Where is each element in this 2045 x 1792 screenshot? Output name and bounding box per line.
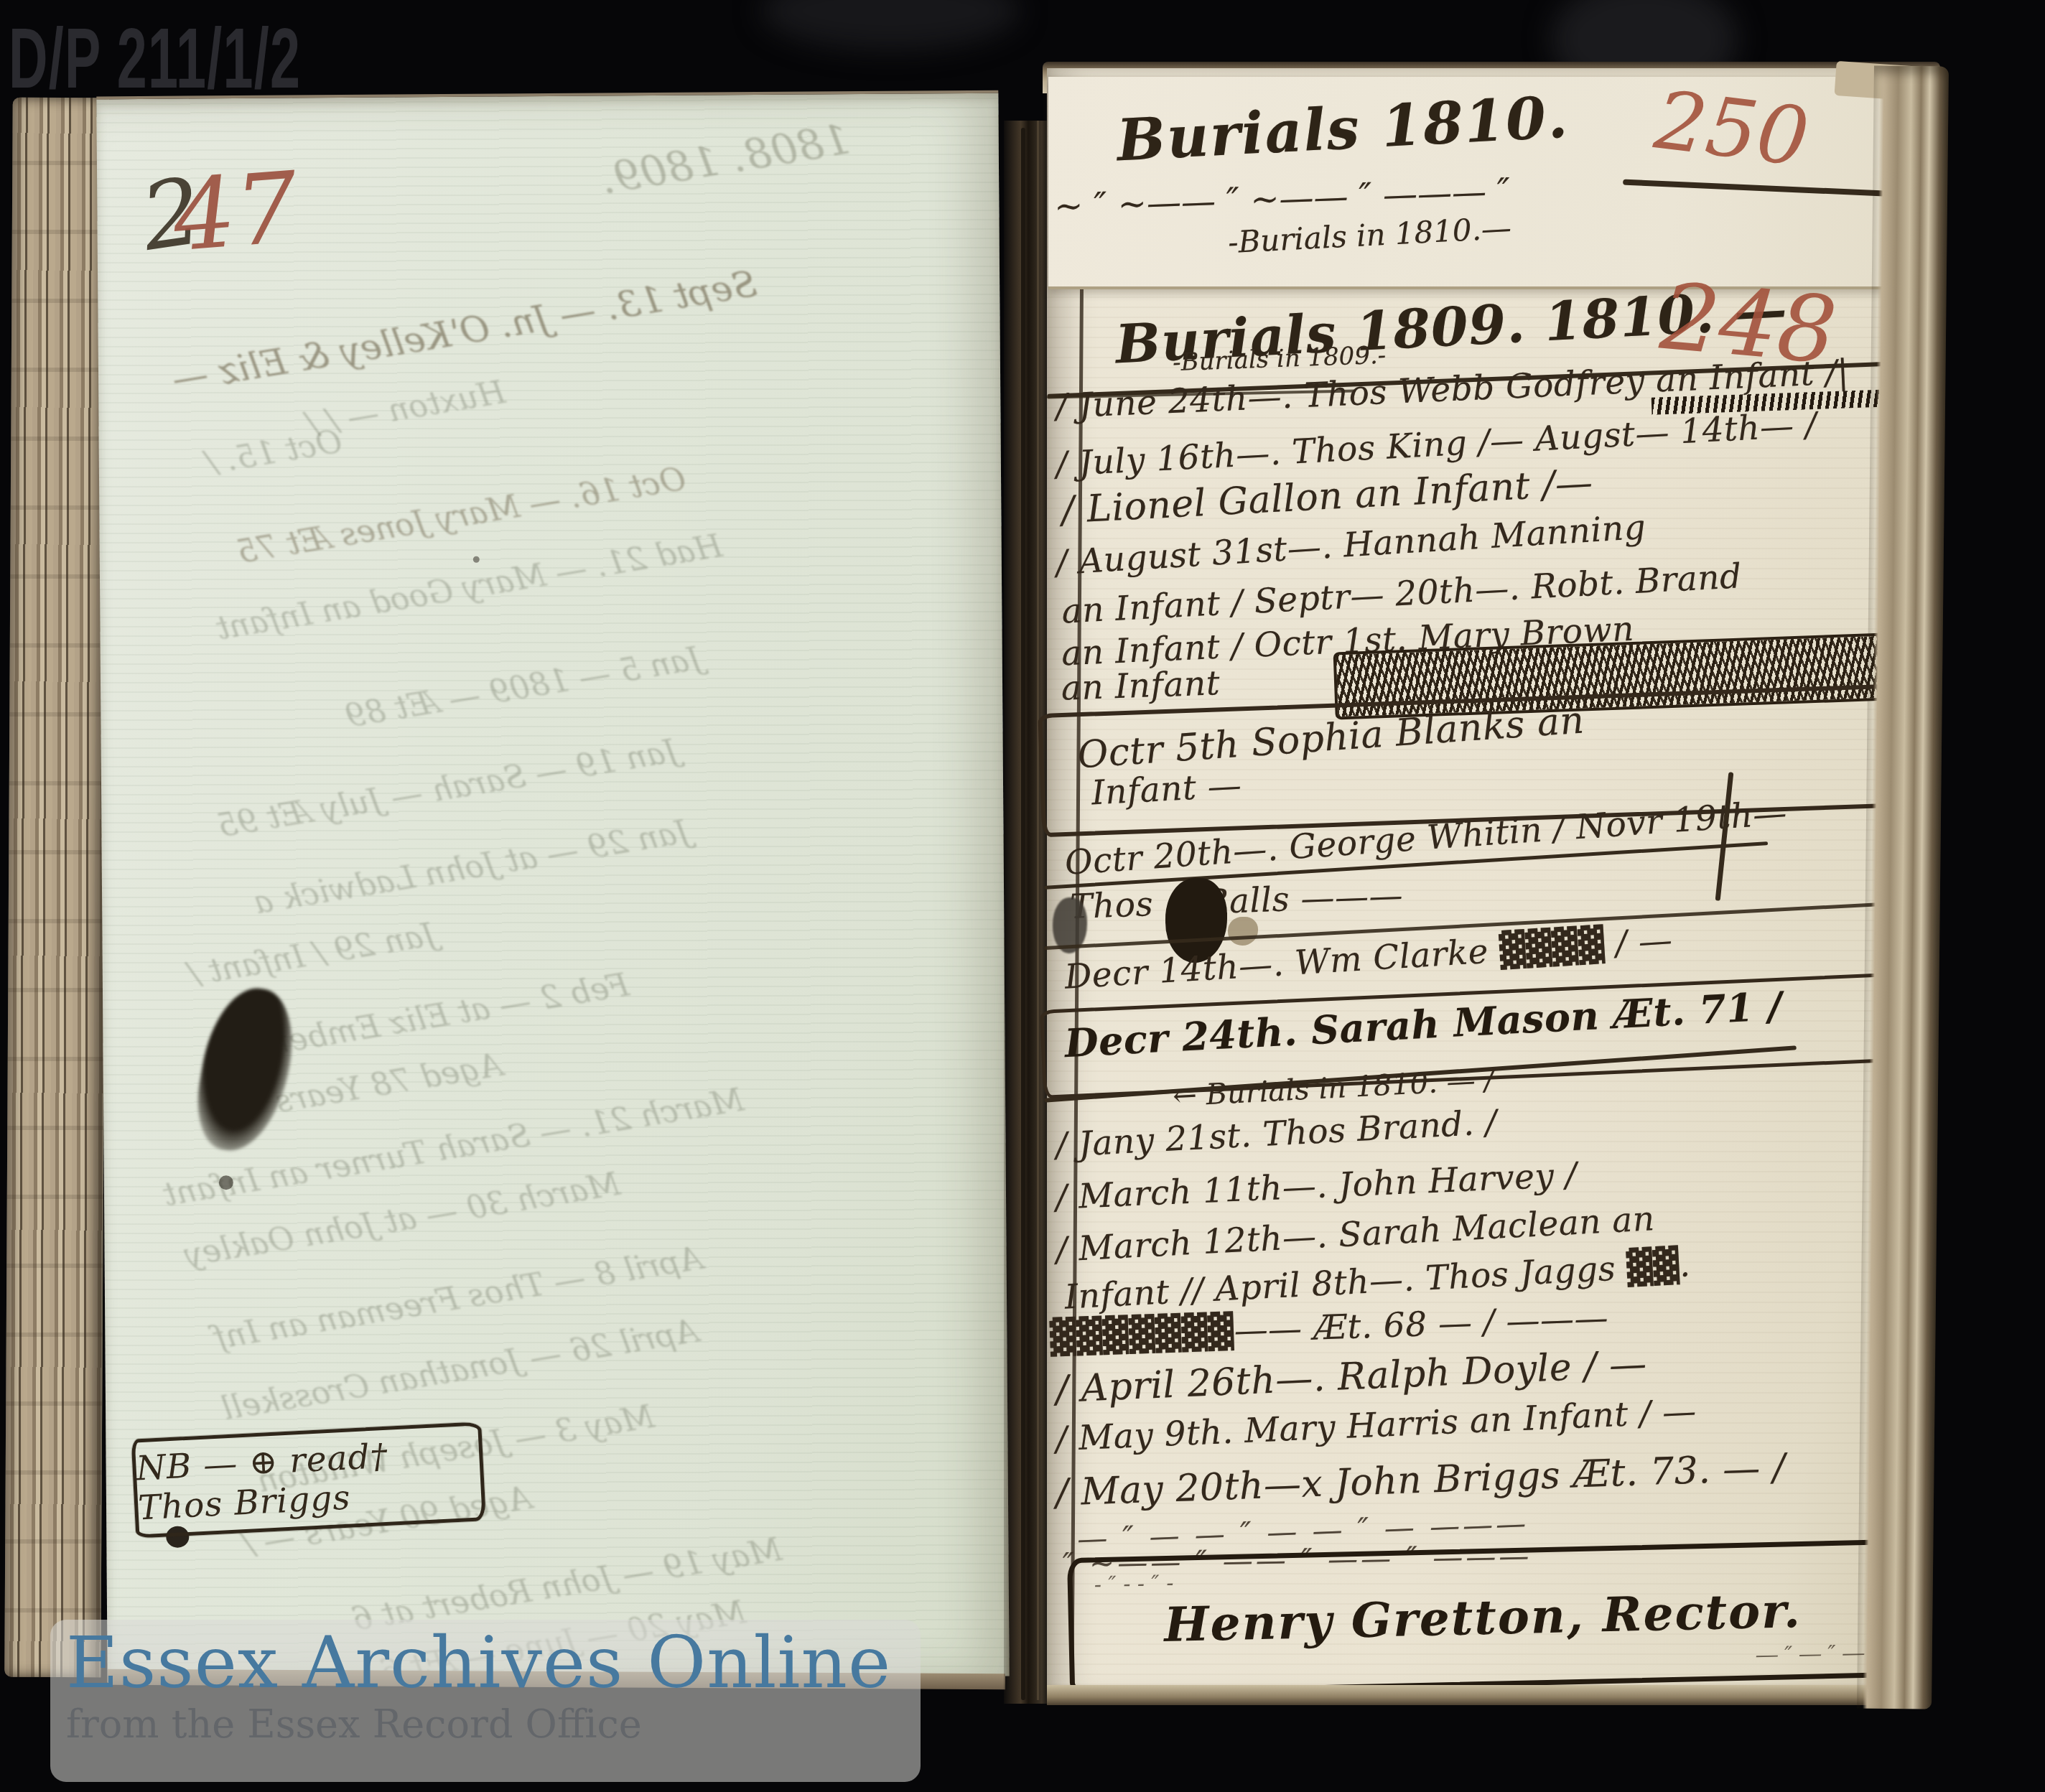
gutter-fold-line [1037,121,1039,1700]
archive-reference-watermark: D/P 211/1/2 [9,10,301,108]
scanned-register-photo: 1808. 1809. Sept 13. — Jn. O'Kelley & El… [0,0,2045,1792]
book-gutter [1004,121,1048,1704]
gutter-fold-line [1021,128,1025,1700]
ink-dash-row: - ″ - - ″ - [1094,1571,1173,1598]
red-page-number-250: 250 [1650,73,1814,185]
watermark-subtitle: from the Essex Record Office [66,1702,921,1747]
burial-entry: Infant — [1091,766,1243,813]
pasted-slip: Burials 1810. 250 ~ ″ ~—— ″ ~—— ″ ——— ″ … [1048,77,1937,289]
watermark-title: Essex Archives Online [66,1620,921,1706]
ink-speck [473,556,480,563]
right-page: Burials 1810. 250 ~ ″ ~—— ″ ~—— ″ ——— ″ … [1047,68,1898,1705]
page-edge-striations [4,98,109,1678]
marginal-note-text: NB — ⊕ read† Thos Briggs [135,1432,482,1528]
burial-entry: an Infant [1061,663,1221,709]
ink-speck [219,1175,233,1190]
rector-signature: Henry Gretton, Rector. [1163,1582,1802,1653]
left-page-number: 247 [142,155,299,270]
signature-box: - ″ - - ″ - Henry Gretton, Rector. ― ″ ―… [1067,1539,1899,1696]
book-page-stack-edge [4,98,109,1678]
essex-archives-watermark: Essex Archives Online from the Essex Rec… [50,1620,921,1782]
slip-title: Burials 1810. [1115,83,1570,174]
camera-rig-shadow [761,0,1020,50]
right-page-bottom-edge [1047,1685,1898,1705]
ink-dash-row: ― ″ ― ″ ― [1756,1641,1864,1668]
marginal-note-box: NB — ⊕ read† Thos Briggs [131,1422,486,1539]
page-number-red-part: 47 [169,151,302,274]
left-page: 1808. 1809. Sept 13. — Jn. O'Kelley & El… [96,90,1009,1683]
